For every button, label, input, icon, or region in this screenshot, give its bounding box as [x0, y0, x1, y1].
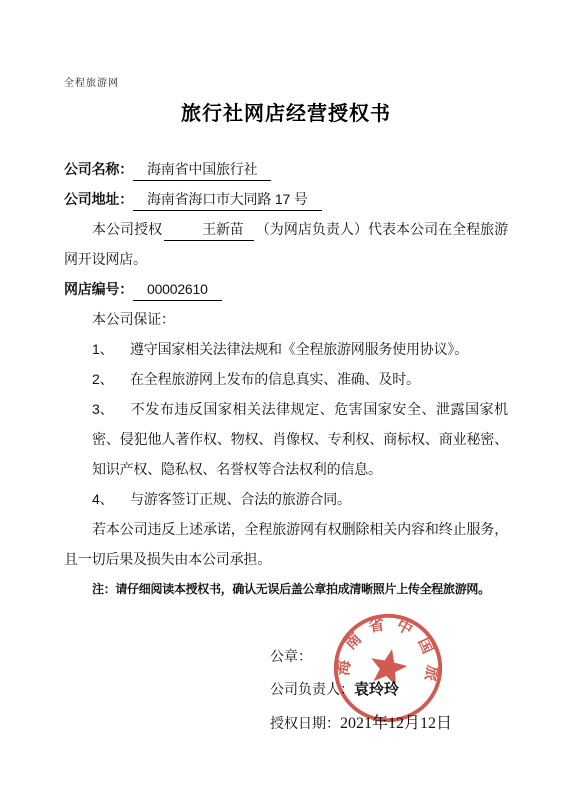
guarantee-item-2: 2、在全程旅游网上发布的信息真实、准确、及时。: [92, 364, 508, 394]
manager-label: 公司负责人：: [270, 681, 354, 697]
authorize-prefix: 本公司授权: [92, 221, 162, 237]
authorized-person-value: 王新苗: [164, 218, 253, 241]
item-text: 与游客签订正规、合法的旅游合同。: [130, 491, 351, 507]
date-line: 授权日期：2021年12月12日: [270, 707, 508, 740]
item-number: 3、: [92, 394, 130, 424]
breach-paragraph: 若本公司违反上述承诺，全程旅游网有权删除相关内容和终止服务，且一切后果及损失由本…: [64, 514, 508, 574]
shop-number-value: 00002610: [133, 278, 222, 301]
item-text: 遵守国家相关法律法规和《全程旅游网服务使用协议》。: [130, 341, 468, 357]
manager-name: 袁玲玲: [354, 682, 399, 698]
company-address-line: 公司地址：海南省海口市大同路 17 号: [64, 184, 508, 214]
guarantee-item-3: 3、不发布违反国家相关法律规定、危害国家安全、泄露国家机密、侵犯他人著作权、物权…: [92, 394, 508, 484]
date-value: 2021年12月12日: [340, 715, 452, 732]
seal-label: 公章：: [270, 648, 312, 664]
item-number: 4、: [92, 484, 130, 514]
item-number: 2、: [92, 364, 130, 394]
company-address-value: 海南省海口市大同路 17 号: [133, 188, 322, 211]
guarantee-item-4: 4、与游客签订正规、合法的旅游合同。: [92, 484, 508, 514]
company-name-value: 海南省中国旅行社: [133, 158, 271, 181]
manager-line: 公司负责人：袁玲玲: [270, 673, 508, 707]
company-name-line: 公司名称：海南省中国旅行社: [64, 154, 508, 184]
site-logo: 全程旅游网: [64, 74, 508, 88]
date-label: 授权日期：: [270, 715, 340, 731]
item-text: 不发布违反国家相关法律规定、危害国家安全、泄露国家机密、侵犯他人著作权、物权、肖…: [92, 401, 508, 477]
shop-number-line: 网店编号：00002610: [64, 274, 508, 304]
document-body: 公司名称：海南省中国旅行社 公司地址：海南省海口市大同路 17 号 本公司授权王…: [64, 154, 508, 604]
item-number: 1、: [92, 334, 130, 364]
guarantee-heading: 本公司保证：: [64, 304, 508, 334]
shop-number-label: 网店编号：: [64, 281, 133, 297]
guarantee-item-1: 1、遵守国家相关法律法规和《全程旅游网服务使用协议》。: [92, 334, 508, 364]
item-text: 在全程旅游网上发布的信息真实、准确、及时。: [130, 371, 420, 387]
company-name-label: 公司名称：: [64, 161, 133, 177]
seal-line: 公章：: [270, 640, 508, 673]
company-address-label: 公司地址：: [64, 191, 133, 207]
document-title: 旅行社网店经营授权书: [64, 100, 508, 128]
signature-block: 公章： 公司负责人：袁玲玲 授权日期：2021年12月12日: [270, 640, 508, 740]
note-line: 注：请仔细阅读本授权书，确认无误后盖公章拍成清晰照片上传全程旅游网。: [92, 574, 508, 604]
document-page: 全程旅游网 旅行社网店经营授权书 公司名称：海南省中国旅行社 公司地址：海南省海…: [0, 0, 565, 800]
authorization-paragraph: 本公司授权王新苗（为网店负责人）代表本公司在全程旅游网开设网店。: [64, 214, 508, 274]
